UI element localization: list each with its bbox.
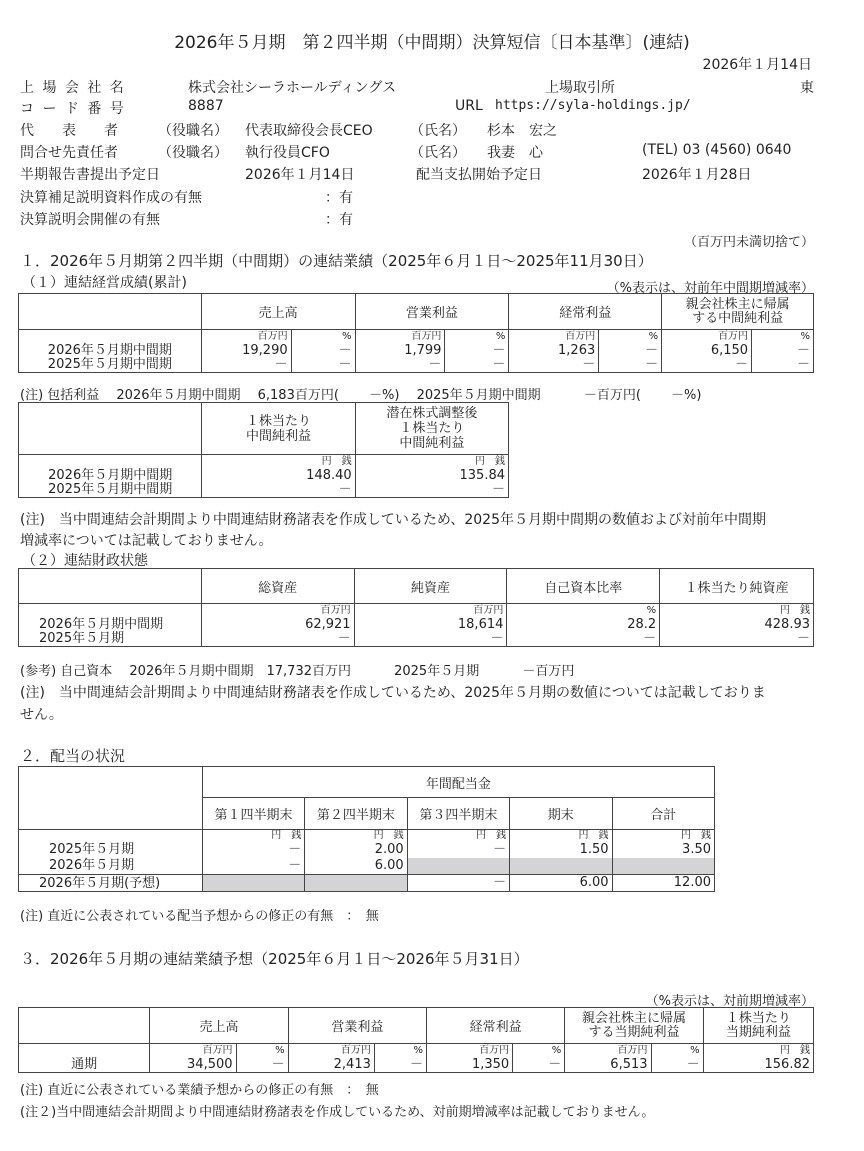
eps-cell: 円 銭156.82 (703, 1044, 813, 1073)
operating-income-cell: 百万円2,413 (288, 1044, 374, 1073)
value: － (205, 483, 351, 497)
rep-title-label: （役職名） (158, 120, 228, 140)
blank-header (19, 569, 202, 604)
row-labels: 2026年５月期中間期 2025年５月期中間期 (19, 455, 202, 498)
col-diluted-eps-line2: １株当たり (359, 421, 505, 436)
forecast-row-label: 2026年５月期(予想) (19, 875, 203, 892)
blank-shaded (613, 858, 714, 874)
value: 148.40 (205, 469, 351, 483)
net-assets-cell: 百万円18,614－ (354, 604, 507, 647)
unit-label: 百万円 (568, 1044, 647, 1058)
rep-name-label: （氏名） (410, 120, 466, 140)
value: － (205, 358, 288, 372)
blank-shaded (510, 858, 611, 874)
annual-dividend-header: 年間配当金 (202, 767, 714, 798)
contact-name-label: （氏名） (410, 142, 466, 162)
col-diluted-eps-line3: 中間純利益 (359, 436, 505, 451)
blank-shaded (408, 858, 509, 874)
col-q3: 第３四半期末 (407, 798, 509, 830)
col-eps-line2: 当期純利益 (707, 1026, 810, 1040)
value: 18,614 (358, 618, 504, 632)
col-sales: 売上高 (150, 1008, 288, 1044)
unit-label: 百万円 (153, 1044, 232, 1058)
unit-label: 円 銭 (205, 455, 351, 469)
q1-cell: 円 銭 － － (202, 830, 304, 875)
unit-label: 円 銭 (305, 830, 406, 842)
net-income-cell: 百万円6,150－ (662, 330, 752, 373)
value: － (295, 358, 352, 372)
value: － (755, 358, 810, 372)
document-title: 2026年５月期 第２四半期（中間期）決算短信〔日本基準〕(連結) (0, 28, 864, 53)
q2-cell: 円 銭 2.00 6.00 (305, 830, 407, 875)
value: 135.84 (359, 469, 505, 483)
unit-label: % (240, 1044, 285, 1058)
unit-label: 円 銭 (613, 830, 714, 842)
col-operating-income: 営業利益 (355, 294, 509, 330)
unit-label: 百万円 (292, 1044, 371, 1058)
value: － (358, 632, 504, 646)
value: 6,150 (665, 344, 748, 358)
value: － (510, 632, 656, 646)
note-interim-2: 増減率については記載しておりません。 (20, 530, 273, 550)
value: － (448, 358, 505, 372)
ordinary-income-cell: 百万円1,263－ (509, 330, 599, 373)
value: － (359, 483, 505, 497)
note-financial-2: せん。 (20, 704, 63, 724)
row-labels: 2025年５月期 2026年５月期 (19, 830, 203, 875)
col-year-end: 期末 (510, 798, 612, 830)
row-label: 2026年５月期中間期 (22, 469, 198, 483)
net-income-pct-cell: %－ (651, 1044, 703, 1073)
value: － (359, 358, 442, 372)
value: 2.00 (305, 842, 406, 858)
row-label: 通期 (19, 1044, 150, 1073)
value: － (295, 344, 352, 358)
unit-label: % (378, 1044, 423, 1058)
sales-pct-cell: %－ (236, 1044, 288, 1073)
supplementary-label: 決算補足説明資料作成の有無 (20, 187, 202, 207)
section2-heading: ２．配当の状況 (20, 745, 125, 766)
total-assets-cell: 百万円62,921－ (201, 604, 354, 647)
col-net-income: 親会社株主に帰属 する当期純利益 (565, 1008, 703, 1044)
unit-label: % (516, 1044, 561, 1058)
unit-label: % (602, 330, 658, 344)
dividend-table: 年間配当金 第１四半期末 第２四半期末 第３四半期末 期末 合計 2025年５月… (18, 766, 715, 892)
briefing-label: 決算説明会開催の有無 (20, 209, 160, 229)
value: 62,921 (205, 618, 351, 632)
report-date: 2026年１月14日 (245, 164, 354, 184)
row-label: 2025年５月期中間期 (22, 358, 198, 372)
col-q1: 第１四半期末 (202, 798, 304, 830)
col-operating-income: 営業利益 (288, 1008, 426, 1044)
forecast-year-end: 6.00 (510, 875, 612, 892)
url-label: URL (455, 98, 483, 114)
value: 1,799 (359, 344, 442, 358)
col-sales: 売上高 (201, 294, 355, 330)
unit-label: 円 銭 (510, 830, 611, 842)
value: － (602, 344, 658, 358)
q3-cell: 円 銭 － (407, 830, 509, 875)
col-equity-ratio: 自己資本比率 (507, 569, 660, 604)
col-net-income-line2: する中間純利益 (665, 312, 810, 326)
unit-label: 百万円 (512, 330, 595, 344)
contact-title: 執行役員CFO (245, 142, 330, 162)
col-diluted-eps: 潜在株式調整後 １株当たり 中間純利益 (355, 403, 508, 455)
row-labels: 2026年５月期中間期 2025年５月期 (19, 604, 202, 647)
row-label: 2026年５月期中間期 (22, 344, 198, 358)
supplementary-value: ：有 (325, 187, 353, 207)
unit-label: % (755, 330, 810, 344)
col-eps-line1: １株当たり (205, 414, 351, 429)
value: － (378, 1058, 423, 1072)
unit-label: % (510, 604, 656, 618)
company-label: 上 場 会 社 名 (20, 77, 126, 97)
value: － (663, 632, 810, 646)
forecast-table: 売上高 営業利益 経常利益 親会社株主に帰属 する当期純利益 １株当たり 当期純… (18, 1007, 814, 1073)
value: － (602, 358, 658, 372)
value: － (665, 358, 748, 372)
ordinary-income-cell: 百万円1,350 (426, 1044, 512, 1073)
operating-income-cell: 百万円1,799－ (355, 330, 445, 373)
row-label: 2026年５月期 (49, 858, 199, 874)
briefing-value: ：有 (325, 209, 353, 229)
rep-name: 杉本 宏之 (487, 120, 557, 140)
value: 28.2 (510, 618, 656, 632)
value: 6,513 (568, 1058, 647, 1072)
row-label: 2026年５月期中間期 (39, 618, 198, 632)
col-net-income-line1: 親会社株主に帰属 (665, 298, 810, 312)
col-total: 合計 (612, 798, 714, 830)
diluted-eps-cell: 円 銭135.84－ (355, 455, 508, 498)
value: － (516, 1058, 561, 1072)
unit-label: 百万円 (205, 604, 351, 618)
blank-header (19, 767, 203, 830)
value: － (448, 344, 505, 358)
value: － (512, 358, 595, 372)
row-labels: 2026年５月期中間期 2025年５月期中間期 (19, 330, 202, 373)
value: 156.82 (707, 1058, 810, 1072)
value: 6.00 (305, 858, 406, 874)
forecast-q1-shaded (202, 875, 304, 892)
col-net-income: 親会社株主に帰属 する中間純利益 (662, 294, 814, 330)
year-end-cell: 円 銭 1.50 (510, 830, 612, 875)
code-value: 8887 (188, 98, 224, 114)
sales-pct-cell: %－－ (291, 330, 355, 373)
value: 3.50 (613, 842, 714, 858)
blank-header (19, 1008, 150, 1044)
release-date: 2026年１月14日 (703, 54, 812, 74)
unit-label: % (295, 330, 352, 344)
contact-title-label: （役職名） (158, 142, 228, 162)
financial-position-heading: （２）連結財政状態 (22, 550, 148, 570)
eps-cell: 円 銭148.40－ (202, 455, 355, 498)
dividend-date: 2026年１月28日 (642, 164, 751, 184)
ordinary-income-pct-cell: %－ (513, 1044, 565, 1073)
forecast-total: 12.00 (612, 875, 714, 892)
col-eps-line2: 中間純利益 (205, 429, 351, 444)
forecast-note-2: (注２)当中間連結会計期間より中間連結財務諸表を作成しているため、対前期増減率は… (20, 1101, 654, 1120)
value: 2,413 (292, 1058, 371, 1072)
operating-income-pct-cell: %－ (374, 1044, 426, 1073)
dividend-revision-note: (注) 直近に公表されている配当予想からの修正の有無 ： 無 (20, 905, 379, 924)
equity-ratio-cell: %28.2－ (507, 604, 660, 647)
net-income-pct-cell: %－－ (752, 330, 814, 373)
forecast-revision-note: (注) 直近に公表されている業績予想からの修正の有無 ： 無 (20, 1079, 379, 1098)
value: － (240, 1058, 285, 1072)
rep-label: 代 表 者 (20, 120, 118, 140)
rounding-note: （百万円未満切捨て） (684, 231, 814, 250)
value: － (203, 842, 304, 858)
unit-label: % (655, 1044, 700, 1058)
section1-heading: １．2026年５月期第２四半期（中間期）の連結業績（2025年６月１日～2025… (20, 250, 653, 271)
value: 428.93 (663, 618, 810, 632)
col-net-income-line2: する当期純利益 (568, 1026, 699, 1040)
col-q2: 第２四半期末 (305, 798, 407, 830)
exchange-label: 上場取引所 (545, 77, 615, 97)
col-net-income-line1: 親会社株主に帰属 (568, 1012, 699, 1026)
rep-title: 代表取締役会長CEO (245, 120, 373, 140)
col-net-assets: 純資産 (354, 569, 507, 604)
report-date-label: 半期報告書提出予定日 (20, 164, 160, 184)
unit-label: 百万円 (359, 330, 442, 344)
forecast-q2-shaded (305, 875, 407, 892)
unit-label: 円 銭 (707, 1044, 810, 1058)
total-cell: 円 銭 3.50 (612, 830, 714, 875)
col-bps: １株当たり純資産 (660, 569, 814, 604)
unit-label: % (448, 330, 505, 344)
unit-label: 百万円 (665, 330, 748, 344)
row-label: 2025年５月期 (49, 842, 199, 858)
unit-label: 円 銭 (408, 830, 509, 842)
unit-label: 百万円 (358, 604, 504, 618)
contact-name: 我妻 心 (487, 142, 543, 162)
blank-header (19, 403, 202, 455)
unit-label: 円 銭 (359, 455, 505, 469)
col-eps: １株当たり 当期純利益 (703, 1008, 813, 1044)
value: 19,290 (205, 344, 288, 358)
value: － (203, 858, 304, 874)
net-income-cell: 百万円6,513 (565, 1044, 651, 1073)
value: 1.50 (510, 842, 611, 858)
eps-table: １株当たり 中間純利益 潜在株式調整後 １株当たり 中間純利益 2026年５月期… (18, 402, 509, 498)
company-name: 株式会社シーラホールディングス (188, 77, 396, 97)
sales-cell: 百万円34,500 (150, 1044, 236, 1073)
code-label: コ ー ド 番 号 (20, 98, 126, 118)
unit-label: 円 銭 (663, 604, 810, 618)
operating-results-heading: （１）連結経営成績(累計) (22, 272, 187, 292)
row-label: 2025年５月期中間期 (22, 483, 198, 497)
value: － (205, 632, 351, 646)
unit-label: 円 銭 (203, 830, 304, 842)
note-financial-1: (注) 当中間連結会計期間より中間連結財務諸表を作成しているため、2025年５月… (20, 682, 766, 702)
row-label: 2025年５月期 (39, 632, 198, 646)
company-url[interactable]: https://syla-holdings.jp/ (495, 98, 691, 113)
sales-cell: 百万円19,290－ (201, 330, 291, 373)
unit-label: 百万円 (205, 330, 288, 344)
comprehensive-income-note: (注) 包括利益 2026年５月期中間期 6,183百万円( －%) 2025年… (20, 384, 701, 403)
value: － (408, 842, 509, 858)
col-total-assets: 総資産 (201, 569, 354, 604)
contact-label: 問合せ先責任者 (20, 142, 118, 162)
value: － (655, 1058, 700, 1072)
operating-income-pct-cell: %－－ (445, 330, 509, 373)
col-ordinary-income: 経常利益 (426, 1008, 564, 1044)
equity-reference-note: (参考) 自己資本 2026年５月期中間期 17,732百万円 2025年５月期… (20, 660, 574, 679)
exchange-value: 東 (800, 77, 814, 97)
col-ordinary-income: 経常利益 (509, 294, 662, 330)
note-interim-1: (注) 当中間連結会計期間より中間連結財務諸表を作成しているため、2025年５月… (20, 509, 766, 529)
unit-label: 百万円 (430, 1044, 509, 1058)
forecast-q3: － (407, 875, 509, 892)
bps-cell: 円 銭428.93－ (660, 604, 814, 647)
contact-tel: (TEL) 03 (4560) 0640 (642, 142, 791, 158)
col-eps: １株当たり 中間純利益 (202, 403, 355, 455)
col-eps-line1: １株当たり (707, 1012, 810, 1026)
operating-results-table: 売上高 営業利益 経常利益 親会社株主に帰属 する中間純利益 2026年５月期中… (18, 293, 814, 373)
value: － (755, 344, 810, 358)
value: 1,350 (430, 1058, 509, 1072)
financial-position-table: 総資産 純資産 自己資本比率 １株当たり純資産 2026年５月期中間期 2025… (18, 568, 814, 647)
col-diluted-eps-line1: 潜在株式調整後 (359, 406, 505, 421)
value: 1,263 (512, 344, 595, 358)
dividend-date-label: 配当支払開始予定日 (416, 164, 542, 184)
section3-heading: ３．2026年５月期の連結業績予想（2025年６月１日～2026年５月31日） (20, 948, 529, 969)
ordinary-income-pct-cell: %－－ (599, 330, 662, 373)
value: 34,500 (153, 1058, 232, 1072)
blank-header (19, 294, 202, 330)
